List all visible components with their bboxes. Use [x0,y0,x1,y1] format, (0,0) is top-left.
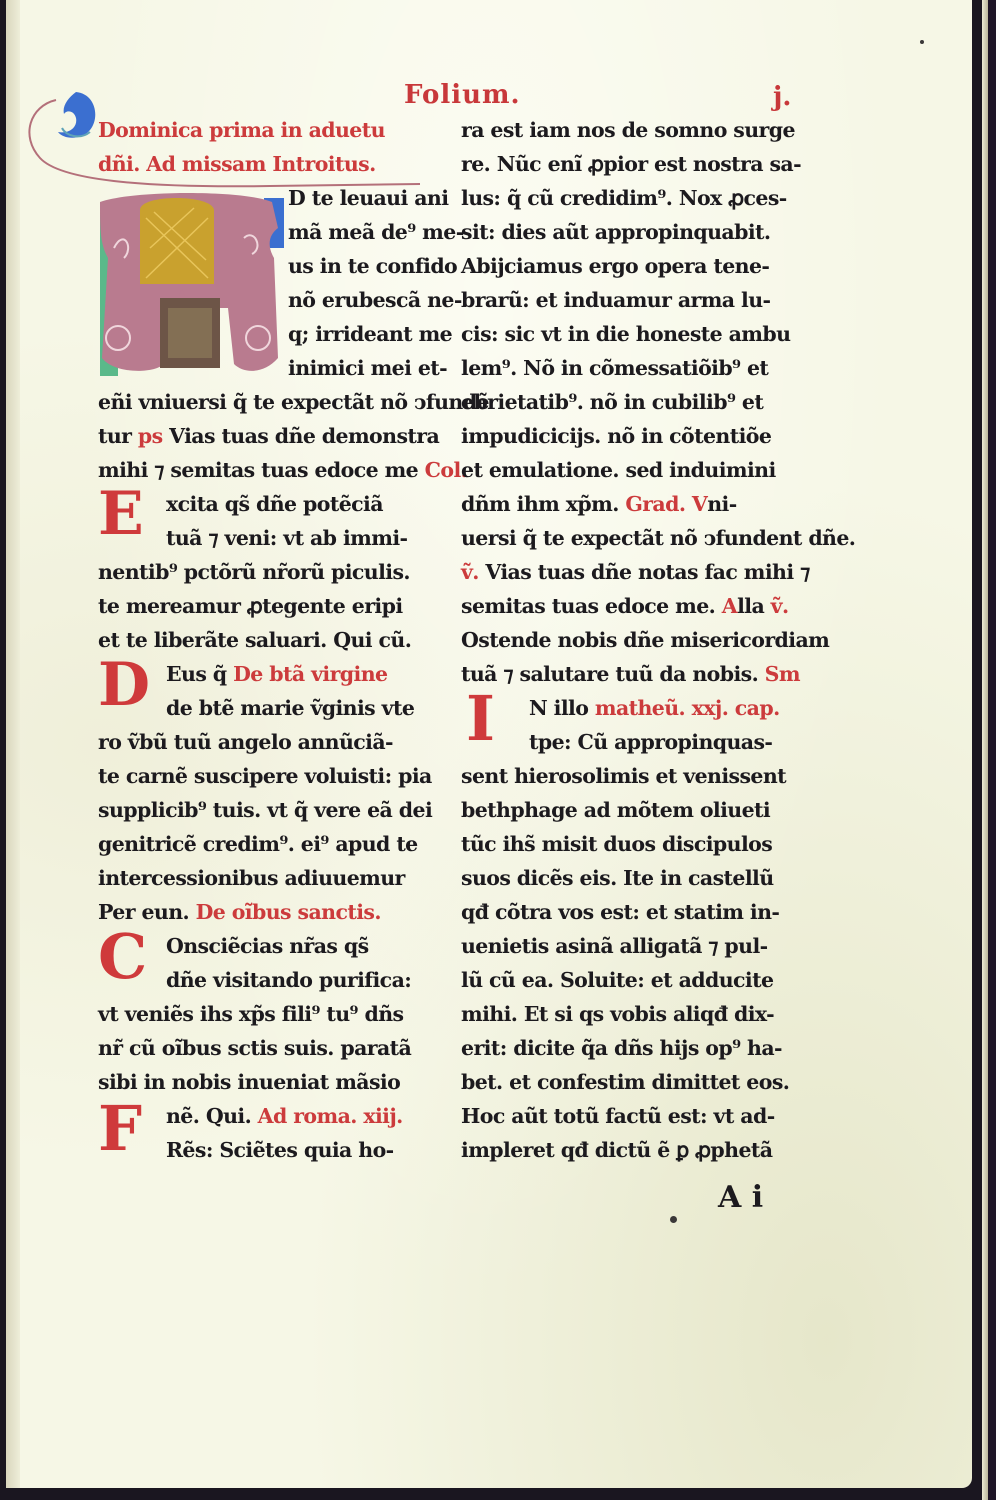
folio-number: j. [773,82,791,112]
rubric-text: Dominica prima in aduetu [98,118,385,142]
text-line: q; irrideant me [98,317,434,351]
body-text: uersi q̃ te expectãt nõ ↄfundent dñe. [461,526,855,550]
text-line: bethphage ad mõtem oliueti [461,793,801,827]
body-text: et emulatione. sed induimini [461,458,776,482]
text-line: impudicicijs. nõ in cõtentiõe [461,419,801,453]
body-text: semitas tuas edoce me. [461,594,722,618]
rubric-text: ṽ. [771,594,789,618]
body-text: sibi in nobis inueniat mãsio [98,1070,400,1094]
text-line: lem⁹. Nõ in cõmessatiõib⁹ et [461,351,801,385]
text-line: tũc ihs̃ misit duos discipulos [461,827,801,861]
text-line: nẽ. Qui. Ad roma. xiij. [98,1099,434,1133]
text-line: semitas tuas edoce me. Alla ṽ. [461,589,801,623]
text-line: D te leuaui ani [98,181,434,215]
page-left-edge [6,0,20,1488]
body-text: tpe: Cũ appropinquas- [529,730,772,754]
paper-spot [670,1216,677,1223]
text-line: uenietis asinã alligatã ⁊ pul- [461,929,801,963]
text-line: bet. et confestim dimittet eos. [461,1065,801,1099]
body-text: tũc ihs̃ misit duos discipulos [461,832,772,856]
body-text: sit: dies aũt appropinquabit. [461,220,770,244]
body-text: ni- [707,492,736,516]
body-text: Per eun. [98,900,196,924]
text-line: tpe: Cũ appropinquas- [461,725,801,759]
text-line: Eus q̃ De btã virgine [98,657,434,691]
text-line: dñe visitando purifica: [98,963,434,997]
text-line: Abijciamus ergo opera tene- [461,249,801,283]
text-line: xcita qs̃ dñe potẽciã [98,487,434,521]
text-line: uersi q̃ te expectãt nõ ↄfundent dñe. [461,521,801,555]
text-line: tur ps Vias tuas dñe demonstra [98,419,434,453]
body-text: Vias tuas dñe demonstra [163,424,440,448]
text-line: nõ erubescã ne- [98,283,434,317]
text-line: ṽ. Vias tuas dñe notas fac mihi ⁊ [461,555,801,589]
body-text: mihi. Et si qs vobis aliqđ dix- [461,1002,774,1026]
text-line: nentib⁹ pctõrũ nr̃orũ piculis. [98,555,434,589]
body-text: uenietis asinã alligatã ⁊ pul- [461,934,768,958]
text-line: genitricẽ credim⁹. ei⁹ apud te [98,827,434,861]
body-text: nentib⁹ pctõrũ nr̃orũ piculis. [98,560,410,584]
text-line: Rẽs: Sciẽtes quia ho- [98,1133,434,1167]
text-line: Dominica prima in aduetu [98,113,434,147]
body-text: Vias tuas dñe notas fac mihi ⁊ [485,560,809,584]
body-text: dñm ihm xp̃m. [461,492,625,516]
text-line: sit: dies aũt appropinquabit. [461,215,801,249]
body-text: tuã ⁊ veni: vt ab immi- [166,526,407,550]
text-line: suos dicẽs eis. Ite in castellũ [461,861,801,895]
rubric-text: De oĩbus sanctis. [196,900,381,924]
body-text: impudicicijs. nõ in cõtentiõe [461,424,771,448]
body-text: vt veniẽs ihs xp̃s fili⁹ tu⁹ dñs [98,1002,403,1026]
text-line: eñi vniuersi q̃ te expectãt nõ ↄfundẽ [98,385,434,419]
text-line: ro ṽbũ tuũ angelo annũciã- [98,725,434,759]
text-line: de btẽ marie ṽginis vte [98,691,434,725]
rubric-text: dñi. Ad missam Introitus. [98,152,376,176]
text-line: Per eun. De oĩbus sanctis. [98,895,434,929]
body-text: Abijciamus ergo opera tene- [461,254,769,278]
body-text: inimici mei et- [288,356,447,380]
body-text: ro ṽbũ tuũ angelo annũciã- [98,730,393,754]
body-text: ebrietatib⁹. nõ in cubilib⁹ et [461,390,763,414]
text-line: tuã ⁊ veni: vt ab immi- [98,521,434,555]
left-text-column: Dominica prima in aduetudñi. Ad missam I… [98,113,434,1167]
body-text: impleret qđ dictũ ẽ ꝑ ꝓphetã [461,1138,772,1162]
body-text: erit: dicite q̃a dñs hijs op⁹ ha- [461,1036,782,1060]
text-line: sibi in nobis inueniat mãsio [98,1065,434,1099]
text-line: vt veniẽs ihs xp̃s fili⁹ tu⁹ dñs [98,997,434,1031]
manuscript-page: Folium. j. A E D C F I Dominica prima in… [6,0,972,1488]
body-text: bethphage ad mõtem oliueti [461,798,770,822]
text-line: te carnẽ suscipere voluisti: pia [98,759,434,793]
body-text: mã meã de⁹ me- [288,220,464,244]
body-text: te mereamur ꝓtegente eripi [98,594,403,618]
body-text: et te liberãte saluari. Qui cũ. [98,628,411,652]
body-text: Rẽs: Sciẽtes quia ho- [166,1138,394,1162]
text-line: nr̃ cũ oĩbus sctis suis. paratã [98,1031,434,1065]
body-text: tuã ⁊ salutare tuũ da nobis. [461,662,765,686]
page-right-edge [988,0,996,1500]
text-line: brarũ: et induamur arma lu- [461,283,801,317]
paper-spot [920,40,924,44]
body-text: xcita qs̃ dñe potẽciã [166,492,383,516]
body-text: N illo [529,696,595,720]
body-text: Eus q̃ [166,662,233,686]
text-line: impleret qđ dictũ ẽ ꝑ ꝓphetã [461,1133,801,1167]
body-text: nẽ. Qui. [166,1104,258,1128]
text-line: lũ cũ ea. Soluite: et adducite [461,963,801,997]
body-text: suos dicẽs eis. Ite in castellũ [461,866,774,890]
rubric-text: De btã virgine [233,662,387,686]
rubric-text: Grad. V [625,492,707,516]
body-text: q; irrideant me [288,322,452,346]
body-text: mihi ⁊ semitas tuas edoce me [98,458,425,482]
rubric-text: ṽ. [461,560,485,584]
body-text: nõ erubescã ne- [288,288,462,312]
body-text: lem⁹. Nõ in cõmessatiõib⁹ et [461,356,768,380]
body-text: dñe visitando purifica: [166,968,411,992]
text-line: qđ cõtra vos est: et statim in- [461,895,801,929]
text-line: inimici mei et- [98,351,434,385]
text-line: et emulatione. sed induimini [461,453,801,487]
text-line: re. Nũc enĩ ꝓpior est nostra sa- [461,147,801,181]
text-line: Hoc aũt totũ factũ est: vt ad- [461,1099,801,1133]
text-line: tuã ⁊ salutare tuũ da nobis. Sm [461,657,801,691]
text-line: ra est iam nos de somno surge [461,113,801,147]
body-text: de btẽ marie ṽginis vte [166,696,414,720]
text-line: mihi. Et si qs vobis aliqđ dix- [461,997,801,1031]
body-text: bet. et confestim dimittet eos. [461,1070,789,1094]
body-text: D te leuaui ani [288,186,448,210]
rubric-text: Ad roma. xiij. [258,1104,403,1128]
body-text: intercessionibus adiuuemur [98,866,405,890]
right-text-column: ra est iam nos de somno surgere. Nũc enĩ… [461,113,801,1167]
body-text: us in te confido [288,254,457,278]
body-text: qđ cõtra vos est: et statim in- [461,900,779,924]
text-line: supplicib⁹ tuis. vt q̃ vere eã dei [98,793,434,827]
text-line: N illo matheũ. xxj. cap. [461,691,801,725]
rubric-text: Sm [765,662,800,686]
body-text: lũ cũ ea. Soluite: et adducite [461,968,773,992]
body-text: genitricẽ credim⁹. ei⁹ apud te [98,832,418,856]
body-text: lus: q̃ cũ credidim⁹. Nox ꝓces- [461,186,787,210]
text-line: intercessionibus adiuuemur [98,861,434,895]
text-line: sent hierosolimis et venissent [461,759,801,793]
body-text: brarũ: et induamur arma lu- [461,288,770,312]
text-line: et te liberãte saluari. Qui cũ. [98,623,434,657]
body-text: sent hierosolimis et venissent [461,764,786,788]
text-line: cis: sic vt in die honeste ambu [461,317,801,351]
rubric-text: A [722,594,737,618]
text-line: us in te confido [98,249,434,283]
body-text: te carnẽ suscipere voluisti: pia [98,764,432,788]
body-text: ra est iam nos de somno surge [461,118,795,142]
body-text: Onsciẽcias nr̃as qs̃ [166,934,369,958]
text-line: mihi ⁊ semitas tuas edoce me Col. [98,453,434,487]
body-text: lla [737,594,771,618]
text-line: dñm ihm xp̃m. Grad. Vni- [461,487,801,521]
text-line: ebrietatib⁹. nõ in cubilib⁹ et [461,385,801,419]
text-line: lus: q̃ cũ credidim⁹. Nox ꝓces- [461,181,801,215]
body-text: supplicib⁹ tuis. vt q̃ vere eã dei [98,798,432,822]
body-text: nr̃ cũ oĩbus sctis suis. paratã [98,1036,411,1060]
text-line: dñi. Ad missam Introitus. [98,147,434,181]
text-line: erit: dicite q̃a dñs hijs op⁹ ha- [461,1031,801,1065]
text-line: Ostende nobis dñe misericordiam [461,623,801,657]
text-line: mã meã de⁹ me- [98,215,434,249]
body-text: Hoc aũt totũ factũ est: vt ad- [461,1104,775,1128]
body-text: Ostende nobis dñe misericordiam [461,628,829,652]
body-text: eñi vniuersi q̃ te expectãt nõ ↄfundẽ [98,390,489,414]
body-text: tur [98,424,138,448]
rubric-text: ps [138,424,163,448]
text-line: te mereamur ꝓtegente eripi [98,589,434,623]
body-text: cis: sic vt in die honeste ambu [461,322,790,346]
signature-mark: A i [718,1180,763,1215]
rubric-text: matheũ. xxj. cap. [595,696,780,720]
text-line: Onsciẽcias nr̃as qs̃ [98,929,434,963]
body-text: re. Nũc enĩ ꝓpior est nostra sa- [461,152,801,176]
